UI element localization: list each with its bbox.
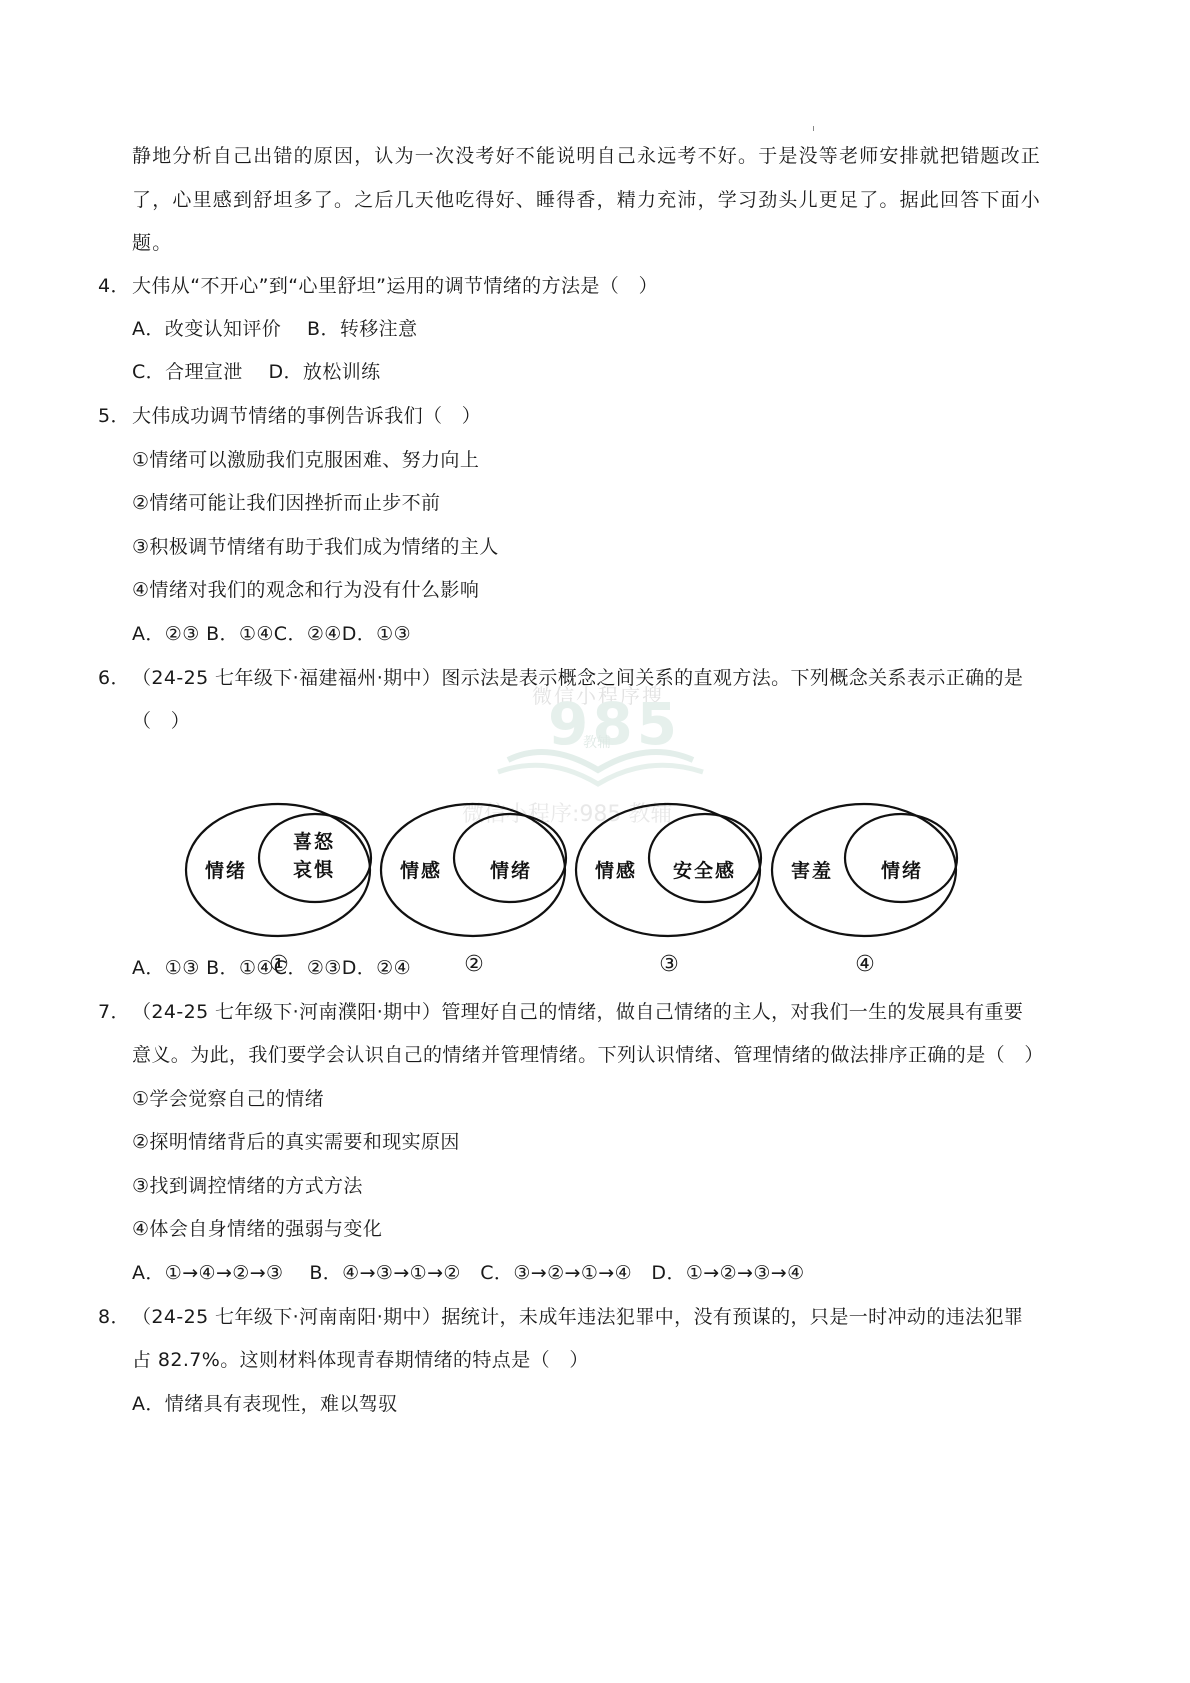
question-stem: 大伟成功调节情绪的事例告诉我们（ ） bbox=[132, 405, 481, 427]
diagram-figure-4: 害羞 情绪 ④ bbox=[769, 800, 979, 980]
question-6: 6．（24-25 七年级下·福建福州·期中）图示法是表示概念之间关系的直观方法。… bbox=[98, 666, 1023, 690]
diagram-figure-2: 情感 情绪 ② bbox=[378, 800, 588, 980]
concept-diagram: 情绪 喜怒 哀惧 ① 情感 情绪 ② 情感 安全感 ③ bbox=[180, 800, 1060, 980]
q8-option-a: A．情绪具有表现性，难以驾驭 bbox=[132, 1392, 398, 1416]
question-number: 7． bbox=[98, 1000, 132, 1024]
inner-label: 安全感 bbox=[673, 857, 736, 885]
question-number: 6． bbox=[98, 666, 132, 690]
q7-statement-1: ①学会觉察自己的情绪 bbox=[132, 1087, 324, 1111]
question-number: 8． bbox=[98, 1305, 132, 1329]
page-mark bbox=[813, 126, 814, 131]
question-number: 5． bbox=[98, 404, 132, 428]
q5-statement-4: ④情绪对我们的观念和行为没有什么影响 bbox=[132, 578, 479, 602]
diagram-figure-3: 情感 安全感 ③ bbox=[573, 800, 783, 980]
question-stem: （24-25 七年级下·河南南阳·期中）据统计，未成年违法犯罪中，没有预谋的，只… bbox=[132, 1306, 1023, 1328]
q6-options: A．①③ B．①④C．②③D．②④ bbox=[132, 956, 411, 980]
question-4: 4．大伟从“不开心”到“心里舒坦”运用的调节情绪的方法是（ ） bbox=[98, 274, 658, 298]
question-stem: （24-25 七年级下·河南濮阳·期中）管理好自己的情绪，做自己情绪的主人，对我… bbox=[132, 1001, 1023, 1023]
document-page: 静地分析自己出错的原因，认为一次没考好不能说明自己永远考不好。于是没等老师安排就… bbox=[0, 0, 1190, 1683]
q6-stem-line-2: （ ） bbox=[132, 709, 190, 733]
outer-label: 害羞 bbox=[791, 857, 833, 885]
figure-number: ② bbox=[459, 952, 489, 977]
book-icon bbox=[488, 740, 718, 800]
figure-number: ③ bbox=[654, 952, 684, 977]
q5-options: A．②③ B．①④C．②④D．①③ bbox=[132, 622, 411, 646]
diagram-figure-1: 情绪 喜怒 哀惧 ① bbox=[183, 800, 393, 980]
q8-stem-line-2: 占 82.7%。这则材料体现青春期情绪的特点是（ ） bbox=[132, 1348, 589, 1372]
inner-label: 情绪 bbox=[490, 857, 532, 885]
outer-label: 情感 bbox=[595, 857, 637, 885]
watermark-number: 985 bbox=[548, 690, 681, 758]
watermark-sub-text: 教辅 bbox=[583, 732, 611, 752]
figure-number: ④ bbox=[850, 952, 880, 977]
q7-statement-4: ④体会自身情绪的强弱与变化 bbox=[132, 1217, 382, 1241]
q5-statement-2: ②情绪可能让我们因挫折而止步不前 bbox=[132, 491, 440, 515]
question-5: 5．大伟成功调节情绪的事例告诉我们（ ） bbox=[98, 404, 481, 428]
inner-label-line-1: 喜怒 bbox=[293, 828, 335, 856]
q7-statement-3: ③找到调控情绪的方式方法 bbox=[132, 1174, 363, 1198]
q7-stem-line-2: 意义。为此，我们要学会认识自己的情绪并管理情绪。下列认识情绪、管理情绪的做法排序… bbox=[132, 1043, 1044, 1067]
passage-line-3: 题。 bbox=[132, 231, 172, 255]
q5-statement-3: ③积极调节情绪有助于我们成为情绪的主人 bbox=[132, 535, 499, 559]
question-stem: 大伟从“不开心”到“心里舒坦”运用的调节情绪的方法是（ ） bbox=[132, 275, 658, 297]
question-8: 8．（24-25 七年级下·河南南阳·期中）据统计，未成年违法犯罪中，没有预谋的… bbox=[98, 1305, 1023, 1329]
q7-options: A．①→④→②→③ B．④→③→①→② C．③→②→①→④ D．①→②→③→④ bbox=[132, 1261, 805, 1285]
passage-line-1: 静地分析自己出错的原因，认为一次没考好不能说明自己永远考不好。于是没等老师安排就… bbox=[132, 144, 1041, 168]
question-7: 7．（24-25 七年级下·河南濮阳·期中）管理好自己的情绪，做自己情绪的主人，… bbox=[98, 1000, 1023, 1024]
q4-options-cd: C．合理宣泄 D．放松训练 bbox=[132, 360, 381, 384]
inner-label-line-2: 哀惧 bbox=[293, 856, 335, 884]
q4-options-ab: A．改变认知评价 B．转移注意 bbox=[132, 317, 417, 341]
question-stem: （24-25 七年级下·福建福州·期中）图示法是表示概念之间关系的直观方法。下列… bbox=[132, 667, 1023, 689]
question-number: 4． bbox=[98, 274, 132, 298]
q5-statement-1: ①情绪可以激励我们克服困难、努力向上 bbox=[132, 448, 479, 472]
inner-label: 情绪 bbox=[881, 857, 923, 885]
outer-label: 情绪 bbox=[205, 857, 247, 885]
outer-label: 情感 bbox=[400, 857, 442, 885]
passage-line-2: 了，心里感到舒坦多了。之后几天他吃得好、睡得香，精力充沛，学习劲头儿更足了。据此… bbox=[132, 188, 1041, 212]
inner-label: 喜怒 哀惧 bbox=[293, 828, 335, 884]
q7-statement-2: ②探明情绪背后的真实需要和现实原因 bbox=[132, 1130, 460, 1154]
